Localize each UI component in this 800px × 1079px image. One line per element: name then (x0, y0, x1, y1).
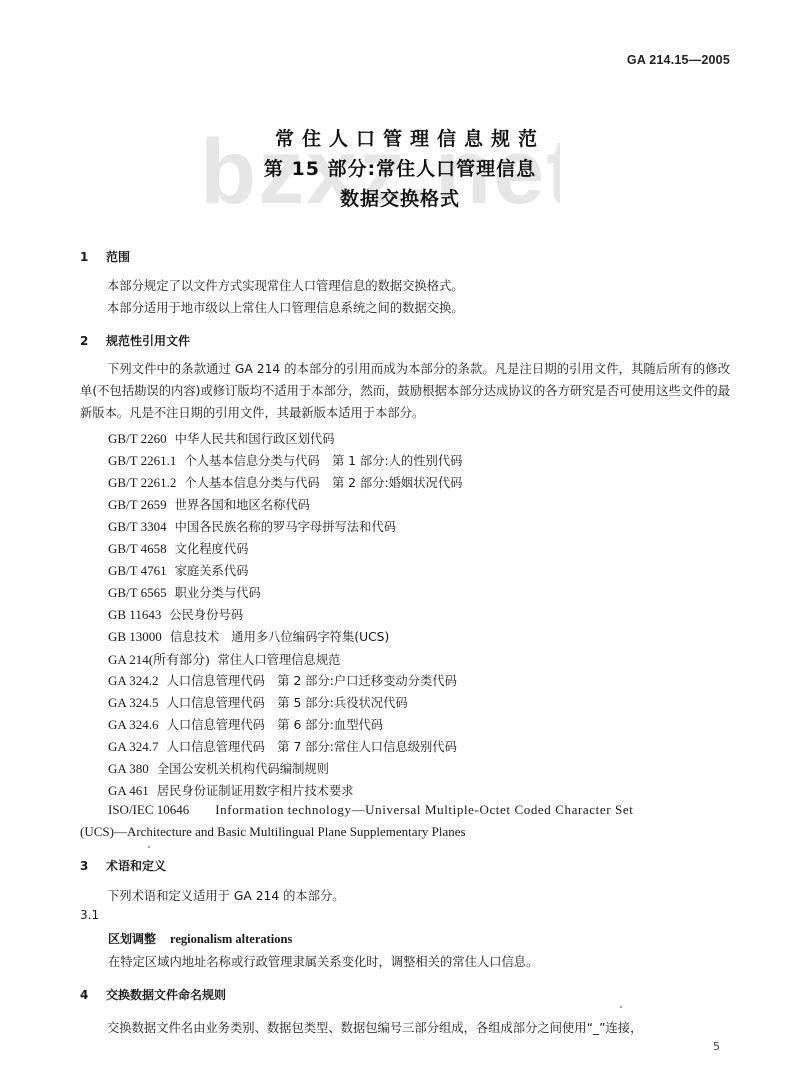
reference-name: 公民身份号码 (169, 608, 243, 622)
reference-item: GB/T 3304中国各民族名称的罗马字母拼写法和代码 (108, 517, 396, 535)
section-number: 1 (80, 250, 106, 264)
document-title-line-1: 常住人口管理信息规范 (0, 124, 800, 151)
reference-item: GB/T 4761家庭关系代码 (108, 561, 248, 579)
reference-item: GB/T 2260中华人民共和国行政区划代码 (108, 429, 335, 447)
reference-code: ISO/IEC 10646 (108, 802, 189, 817)
section-number: 3 (80, 859, 106, 873)
standard-number: GA 214.15—2005 (627, 53, 730, 67)
reference-item: GB/T 6565职业分类与代码 (108, 583, 261, 601)
reference-item: GB/T 2659世界各国和地区名称代码 (108, 495, 310, 513)
scan-speck (620, 1006, 622, 1008)
section-4-heading: 4交换数据文件命名规则 (80, 986, 226, 1003)
term-zh: 区划调整 (108, 932, 156, 946)
reference-code: GA 324.2 (108, 673, 159, 689)
iso-reference: ISO/IEC 10646Information technology—Univ… (108, 802, 730, 818)
reference-name: 居民身份证制证用数字相片技术要求 (157, 784, 354, 798)
section-title: 术语和定义 (106, 859, 166, 873)
reference-code: GB/T 3304 (108, 519, 167, 535)
reference-name: 家庭关系代码 (175, 564, 249, 578)
section-4-paragraph: 交换数据文件名由业务类别、数据包类型、数据包编号三部分组成，各组成部分之间使用“… (107, 1018, 642, 1036)
reference-item: GB/T 4658文化程度代码 (108, 539, 248, 557)
reference-name: 中华人民共和国行政区划代码 (175, 432, 335, 446)
section-number: 4 (80, 988, 106, 1002)
iso-reference-continued: (UCS)—Architecture and Basic Multilingua… (80, 824, 466, 840)
term-definition: 在特定区域内地址名称或行政管理隶属关系变化时，调整相关的常住人口信息。 (108, 952, 538, 970)
reference-code: GA 461 (108, 783, 149, 799)
section-1-paragraph: 本部分适用于地市级以上常住人口管理信息系统之间的数据交换。 (107, 298, 464, 316)
reference-item: GA 324.6人口信息管理代码 第 6 部分:血型代码 (108, 715, 383, 733)
reference-code: GA 214(所有部分) (108, 649, 209, 668)
reference-name: 全国公安机关机构代码编制规则 (157, 762, 329, 776)
document-title-line-3: 数据交换格式 (0, 184, 800, 211)
reference-code: GB/T 4658 (108, 541, 167, 557)
section-2-intro: 下列文件中的条款通过 GA 214 的本部分的引用而成为本部分的条款。凡是注日期… (80, 358, 730, 424)
reference-item: GA 380全国公安机关机构代码编制规则 (108, 759, 329, 777)
reference-name: 人口信息管理代码 第 6 部分:血型代码 (167, 718, 384, 732)
reference-name: 人口信息管理代码 第 7 部分:常住人口信息级别代码 (167, 740, 457, 754)
reference-name: 个人基本信息分类与代码 第 2 部分:婚姻状况代码 (184, 476, 462, 490)
section-3-intro: 下列术语和定义适用于 GA 214 的本部分。 (107, 886, 345, 904)
reference-code: GB 11643 (108, 607, 161, 623)
section-2-heading: 2规范性引用文件 (80, 332, 190, 349)
document-title-line-2: 第 15 部分:常住人口管理信息 (0, 154, 800, 181)
section-1-heading: 1范围 (80, 248, 130, 265)
section-title: 规范性引用文件 (106, 334, 190, 348)
section-number: 2 (80, 334, 106, 348)
reference-item: GB 13000信息技术 通用多八位编码字符集(UCS) (108, 627, 389, 645)
reference-name: 世界各国和地区名称代码 (175, 498, 310, 512)
reference-item: GA 324.7人口信息管理代码 第 7 部分:常住人口信息级别代码 (108, 737, 457, 755)
reference-name: 人口信息管理代码 第 5 部分:兵役状况代码 (167, 696, 408, 710)
section-3-heading: 3术语和定义 (80, 857, 166, 874)
reference-item: GB 11643公民身份号码 (108, 605, 243, 623)
section-1-paragraph: 本部分规定了以文件方式实现常住人口管理信息的数据交换格式。 (107, 276, 464, 294)
reference-code: GA 324.7 (108, 739, 159, 755)
reference-code: GB/T 2260 (108, 431, 167, 447)
reference-name: 常住人口管理信息规范 (217, 653, 340, 667)
section-title: 交换数据文件命名规则 (106, 988, 226, 1002)
reference-item: GA 324.2人口信息管理代码 第 2 部分:户口迁移变动分类代码 (108, 671, 457, 689)
section-title: 范围 (106, 250, 130, 264)
reference-code: GB 13000 (108, 629, 162, 645)
reference-item: GB/T 2261.2个人基本信息分类与代码 第 2 部分:婚姻状况代码 (108, 473, 462, 491)
reference-name: 职业分类与代码 (175, 586, 261, 600)
scan-speck (148, 846, 150, 848)
reference-item: GA 461居民身份证制证用数字相片技术要求 (108, 781, 354, 799)
reference-name: 信息技术 通用多八位编码字符集(UCS) (170, 630, 389, 644)
reference-name: 人口信息管理代码 第 2 部分:户口迁移变动分类代码 (167, 674, 457, 688)
reference-code: GA 380 (108, 761, 149, 777)
reference-item: GB/T 2261.1个人基本信息分类与代码 第 1 部分:人的性别代码 (108, 451, 462, 469)
reference-item: GA 324.5人口信息管理代码 第 5 部分:兵役状况代码 (108, 693, 408, 711)
reference-code: GB/T 2261.1 (108, 453, 176, 469)
reference-name: 文化程度代码 (175, 542, 249, 556)
term-number: 3.1 (80, 908, 99, 922)
reference-code: GB/T 2659 (108, 497, 167, 513)
term-en: regionalism alterations (170, 932, 292, 946)
term-entry: 区划调整regionalism alterations (108, 930, 292, 947)
reference-item: GA 214(所有部分)常住人口管理信息规范 (108, 649, 340, 668)
reference-name: 中国各民族名称的罗马字母拼写法和代码 (175, 520, 396, 534)
reference-code: GB/T 6565 (108, 585, 167, 601)
page-number: 5 (713, 1040, 720, 1053)
reference-code: GA 324.6 (108, 717, 159, 733)
reference-name: 个人基本信息分类与代码 第 1 部分:人的性别代码 (184, 454, 462, 468)
reference-code: GA 324.5 (108, 695, 159, 711)
reference-code: GB/T 2261.2 (108, 475, 176, 491)
reference-name: Information technology—Universal Multipl… (215, 802, 633, 817)
reference-code: GB/T 4761 (108, 563, 167, 579)
